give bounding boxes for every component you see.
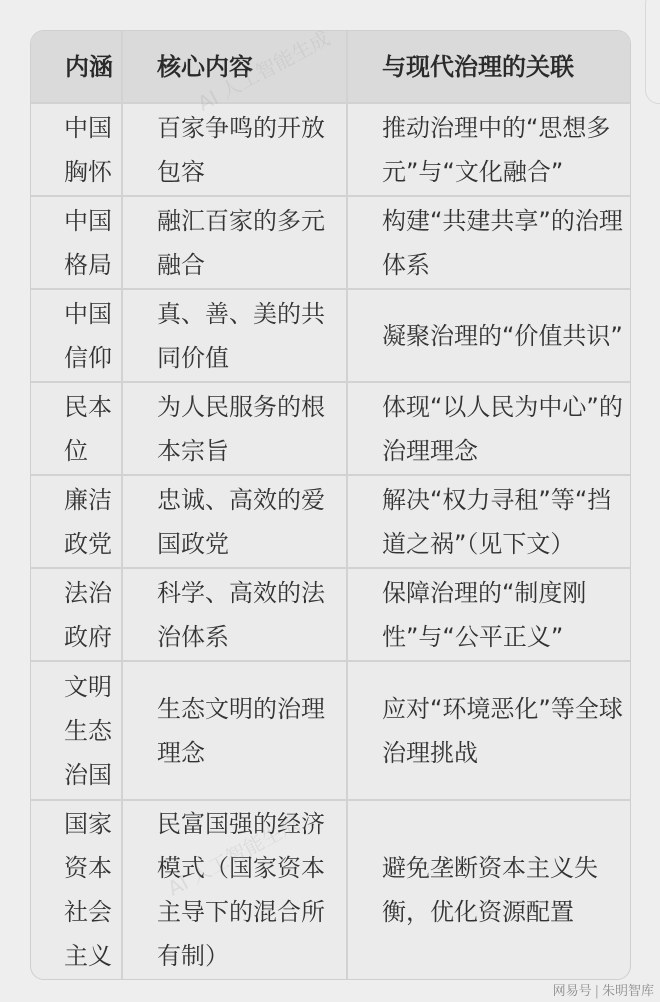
header-modern-governance: 与现代治理的关联 (347, 31, 630, 103)
table-row: 民本位 为人民服务的根本宗旨 体现“以人民为中心”的治理理念 (31, 382, 630, 475)
governance-table: 内涵 核心内容 与现代治理的关联 中国胸怀 百家争鸣的开放包容 推动治理中的“思… (30, 30, 631, 980)
cell-relation: 保障治理的“制度刚性”与“公平正义” (347, 568, 630, 661)
cell-concept: 文明生态治国 (31, 661, 122, 800)
cell-core: 为人民服务的根本宗旨 (122, 382, 347, 475)
cell-concept: 中国信仰 (31, 289, 122, 382)
cell-relation: 避免垄断资本主义失衡，优化资源配置 (347, 800, 630, 979)
table-row: 中国胸怀 百家争鸣的开放包容 推动治理中的“思想多元”与“文化融合” (31, 103, 630, 196)
cell-core: 百家争鸣的开放包容 (122, 103, 347, 196)
author-name: 朱明智库 (602, 984, 654, 999)
cell-core: 民富国强的经济模式（国家资本主导下的混合所有制） (122, 800, 347, 979)
cell-relation: 解决“权力寻租”等“挡道之祸”（见下文） (347, 475, 630, 568)
cell-concept: 廉洁政党 (31, 475, 122, 568)
table-row: 法治政府 科学、高效的法治体系 保障治理的“制度刚性”与“公平正义” (31, 568, 630, 661)
cell-core: 真、善、美的共同价值 (122, 289, 347, 382)
table-row: 中国信仰 真、善、美的共同价值 凝聚治理的“价值共识” (31, 289, 630, 382)
cell-relation: 推动治理中的“思想多元”与“文化融合” (347, 103, 630, 196)
cell-relation: 凝聚治理的“价值共识” (347, 289, 630, 382)
table-row: 文明生态治国 生态文明的治理理念 应对“环境恶化”等全球治理挑战 (31, 661, 630, 800)
header-concept: 内涵 (31, 31, 122, 103)
cell-concept: 法治政府 (31, 568, 122, 661)
cell-concept: 中国格局 (31, 196, 122, 289)
cell-core: 融汇百家的多元融合 (122, 196, 347, 289)
table-row: 国家资本社会主义 民富国强的经济模式（国家资本主导下的混合所有制） 避免垄断资本… (31, 800, 630, 979)
cell-core: 科学、高效的法治体系 (122, 568, 347, 661)
cell-concept: 中国胸怀 (31, 103, 122, 196)
source-attribution: 网易号|朱明智库 (553, 980, 654, 999)
separator: | (595, 984, 599, 999)
table-header: 内涵 核心内容 与现代治理的关联 (31, 31, 630, 103)
table-row: 中国格局 融汇百家的多元融合 构建“共建共享”的治理体系 (31, 196, 630, 289)
header-core-content: 核心内容 (122, 31, 347, 103)
cell-concept: 民本位 (31, 382, 122, 475)
cell-relation: 构建“共建共享”的治理体系 (347, 196, 630, 289)
cell-relation: 应对“环境恶化”等全球治理挑战 (347, 661, 630, 800)
cell-concept: 国家资本社会主义 (31, 800, 122, 979)
concept-table: 内涵 核心内容 与现代治理的关联 中国胸怀 百家争鸣的开放包容 推动治理中的“思… (31, 31, 630, 979)
cell-core: 忠诚、高效的爱国政党 (122, 475, 347, 568)
table-row: 廉洁政党 忠诚、高效的爱国政党 解决“权力寻租”等“挡道之祸”（见下文） (31, 475, 630, 568)
cell-core: 生态文明的治理理念 (122, 661, 347, 800)
platform-name: 网易号 (553, 984, 592, 999)
side-panel-edge (645, 0, 660, 104)
cell-relation: 体现“以人民为中心”的治理理念 (347, 382, 630, 475)
